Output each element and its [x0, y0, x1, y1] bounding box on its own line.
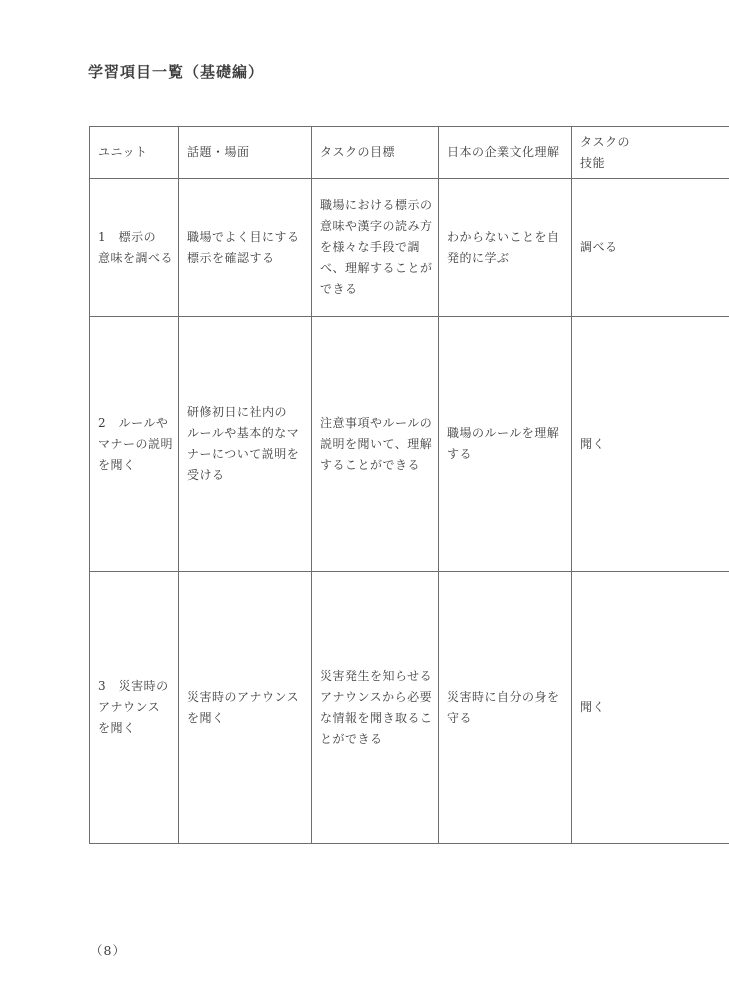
- table-row: 2 ルールや マナーの説明 を聞く 研修初日に社内の ルールや基本的なマ ナーに…: [90, 317, 729, 572]
- table-row: 3 災害時の アナウンス を聞く 災害時のアナウンス を聞く 災害発生を知らせる…: [90, 572, 729, 844]
- cell-culture-understanding: 災害時に自分の身を 守る: [439, 572, 572, 844]
- document-page: 学習項目一覧（基礎編） ユニット 話題・場面 タスクの目標 日本の企業文化理解 …: [0, 0, 729, 1005]
- cell-task-skill: 調べる: [572, 179, 729, 317]
- cell-culture-understanding: わからないことを自 発的に学ぶ: [439, 179, 572, 317]
- page-number: （8）: [90, 941, 126, 959]
- cell-topic-scene: 研修初日に社内の ルールや基本的なマ ナーについて説明を 受ける: [179, 317, 312, 572]
- cell-task-skill: 聞く: [572, 317, 729, 572]
- cell-unit: 2 ルールや マナーの説明 を聞く: [90, 317, 179, 572]
- header-cell-task-skill: タスクの 技能: [572, 127, 729, 179]
- cell-task-goal: 注意事項やルールの 説明を聞いて、理解 することができる: [312, 317, 439, 572]
- cell-task-goal: 職場における標示の 意味や漢字の読み方 を様々な手段で調 べ、理解することが で…: [312, 179, 439, 317]
- header-cell-unit: ユニット: [90, 127, 179, 179]
- learning-items-table: ユニット 話題・場面 タスクの目標 日本の企業文化理解 タスクの 技能 1 標示…: [89, 126, 729, 844]
- cell-topic-scene: 職場でよく目にする 標示を確認する: [179, 179, 312, 317]
- cell-task-skill: 聞く: [572, 572, 729, 844]
- page-title: 学習項目一覧（基礎編）: [88, 61, 264, 82]
- cell-task-goal: 災害発生を知らせる アナウンスから必要 な情報を聞き取るこ とができる: [312, 572, 439, 844]
- cell-unit: 3 災害時の アナウンス を聞く: [90, 572, 179, 844]
- table-header-row: ユニット 話題・場面 タスクの目標 日本の企業文化理解 タスクの 技能: [90, 127, 729, 179]
- header-cell-culture-understanding: 日本の企業文化理解: [439, 127, 572, 179]
- cell-culture-understanding: 職場のルールを理解 する: [439, 317, 572, 572]
- cell-topic-scene: 災害時のアナウンス を聞く: [179, 572, 312, 844]
- header-cell-topic-scene: 話題・場面: [179, 127, 312, 179]
- table-row: 1 標示の 意味を調べる 職場でよく目にする 標示を確認する 職場における標示の…: [90, 179, 729, 317]
- cell-unit: 1 標示の 意味を調べる: [90, 179, 179, 317]
- header-cell-task-goal: タスクの目標: [312, 127, 439, 179]
